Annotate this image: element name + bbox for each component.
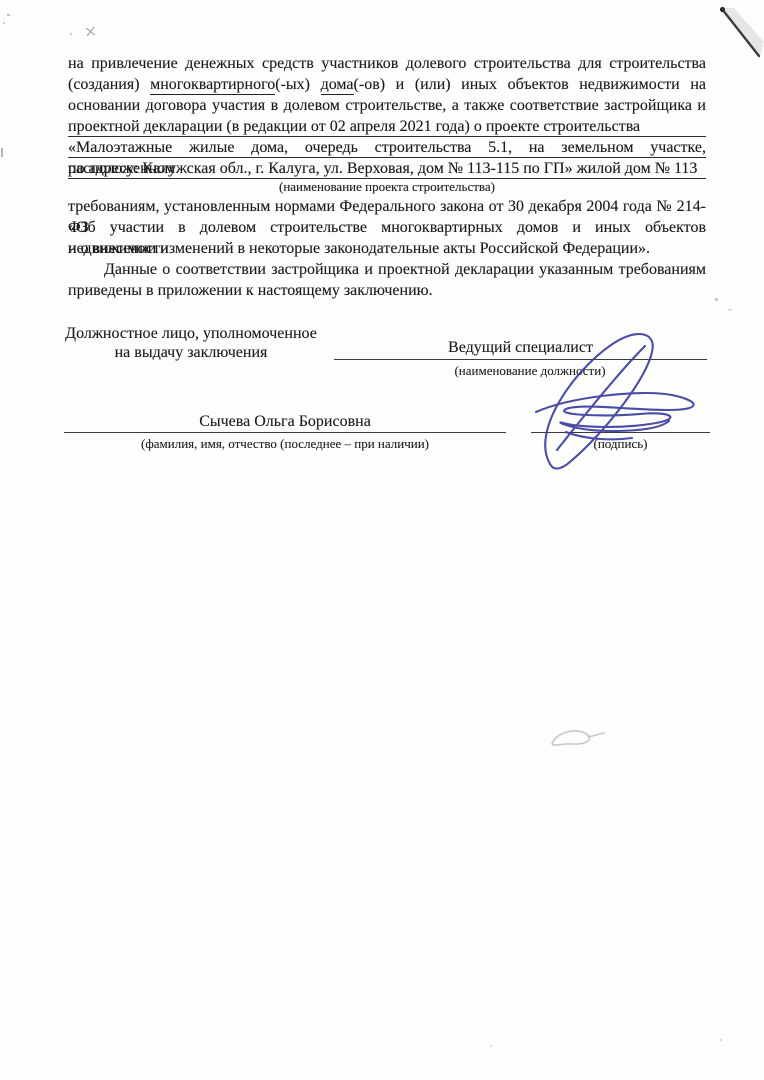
name-caption: (фамилия, имя, отчество (последнее – при… xyxy=(64,436,506,452)
text-line: проектной декларации (в редакции от 02 а… xyxy=(68,116,706,137)
text-segment: на привлечение денежных средств участник… xyxy=(68,55,706,72)
text-segment: (-ов) и (или) иных объектов недвижимости… xyxy=(354,76,706,93)
position-caption: (наименование должности) xyxy=(360,363,700,379)
text-line: «Малоэтажные жилые дома, очередь строите… xyxy=(68,137,706,158)
paragraph-law-reference: требованиям, установленным нормами Федер… xyxy=(68,196,706,259)
text-segment: основании договора участия в долевом стр… xyxy=(68,97,706,114)
document-body-text: на привлечение денежных средств участник… xyxy=(68,53,706,301)
scanned-document-page: на привлечение денежных средств участник… xyxy=(0,0,764,1080)
text-line: (создания) многоквартирного(-ых) дома(-о… xyxy=(68,74,706,95)
name-field: Сычева Ольга Борисовна xyxy=(64,411,506,433)
text-line: и о внесении изменений в некоторые закон… xyxy=(68,238,706,259)
project-name-caption: (наименование проекта строительства) xyxy=(68,179,706,196)
corner-fold-mark xyxy=(720,7,764,56)
text-segment: по адресу: Калужская обл., г. Калуга, ул… xyxy=(68,160,697,177)
text-segment: приведены в приложении к настоящему закл… xyxy=(68,282,433,299)
text-segment: Данные о соответствии застройщика и прое… xyxy=(104,261,706,278)
name-value: Сычева Ольга Борисовна xyxy=(199,413,371,430)
text-line: требованиям, установленным нормами Федер… xyxy=(68,196,706,217)
position-field: Ведущий специалист xyxy=(334,337,707,360)
ink-bleed-mark xyxy=(552,731,604,745)
paragraph-appendix-note: Данные о соответствии застройщика и прое… xyxy=(68,259,706,301)
text-line: на привлечение денежных средств участник… xyxy=(68,53,706,74)
text-segment: (создания) xyxy=(68,76,150,93)
signature-field xyxy=(531,411,710,433)
underlined-text-segment: многоквартирного xyxy=(150,76,275,95)
text-line: основании договора участия в долевом стр… xyxy=(68,95,706,116)
official-role-label: Должностное лицо, уполномоченное на выда… xyxy=(64,324,318,362)
signature-caption: (подпись) xyxy=(531,436,710,452)
text-line: приведены в приложении к настоящему закл… xyxy=(68,280,706,301)
text-line: «Об участии в долевом строительстве мног… xyxy=(68,217,706,238)
text-segment: и о внесении изменений в некоторые закон… xyxy=(68,240,650,257)
project-name-block: «Малоэтажные жилые дома, очередь строите… xyxy=(68,137,706,179)
official-role-label-line1: Должностное лицо, уполномоченное xyxy=(64,324,318,343)
text-segment: (-ых) xyxy=(275,76,320,93)
paragraph-attraction-of-funds: на привлечение денежных средств участник… xyxy=(68,53,706,137)
position-value: Ведущий специалист xyxy=(448,339,593,356)
underlined-text-segment: дома xyxy=(321,76,354,95)
text-line: Данные о соответствии застройщика и прое… xyxy=(68,259,706,280)
official-role-label-line2: на выдачу заключения xyxy=(64,343,318,362)
text-line: по адресу: Калужская обл., г. Калуга, ул… xyxy=(68,158,706,179)
text-segment: проектной декларации (в редакции от 02 а… xyxy=(68,118,640,135)
